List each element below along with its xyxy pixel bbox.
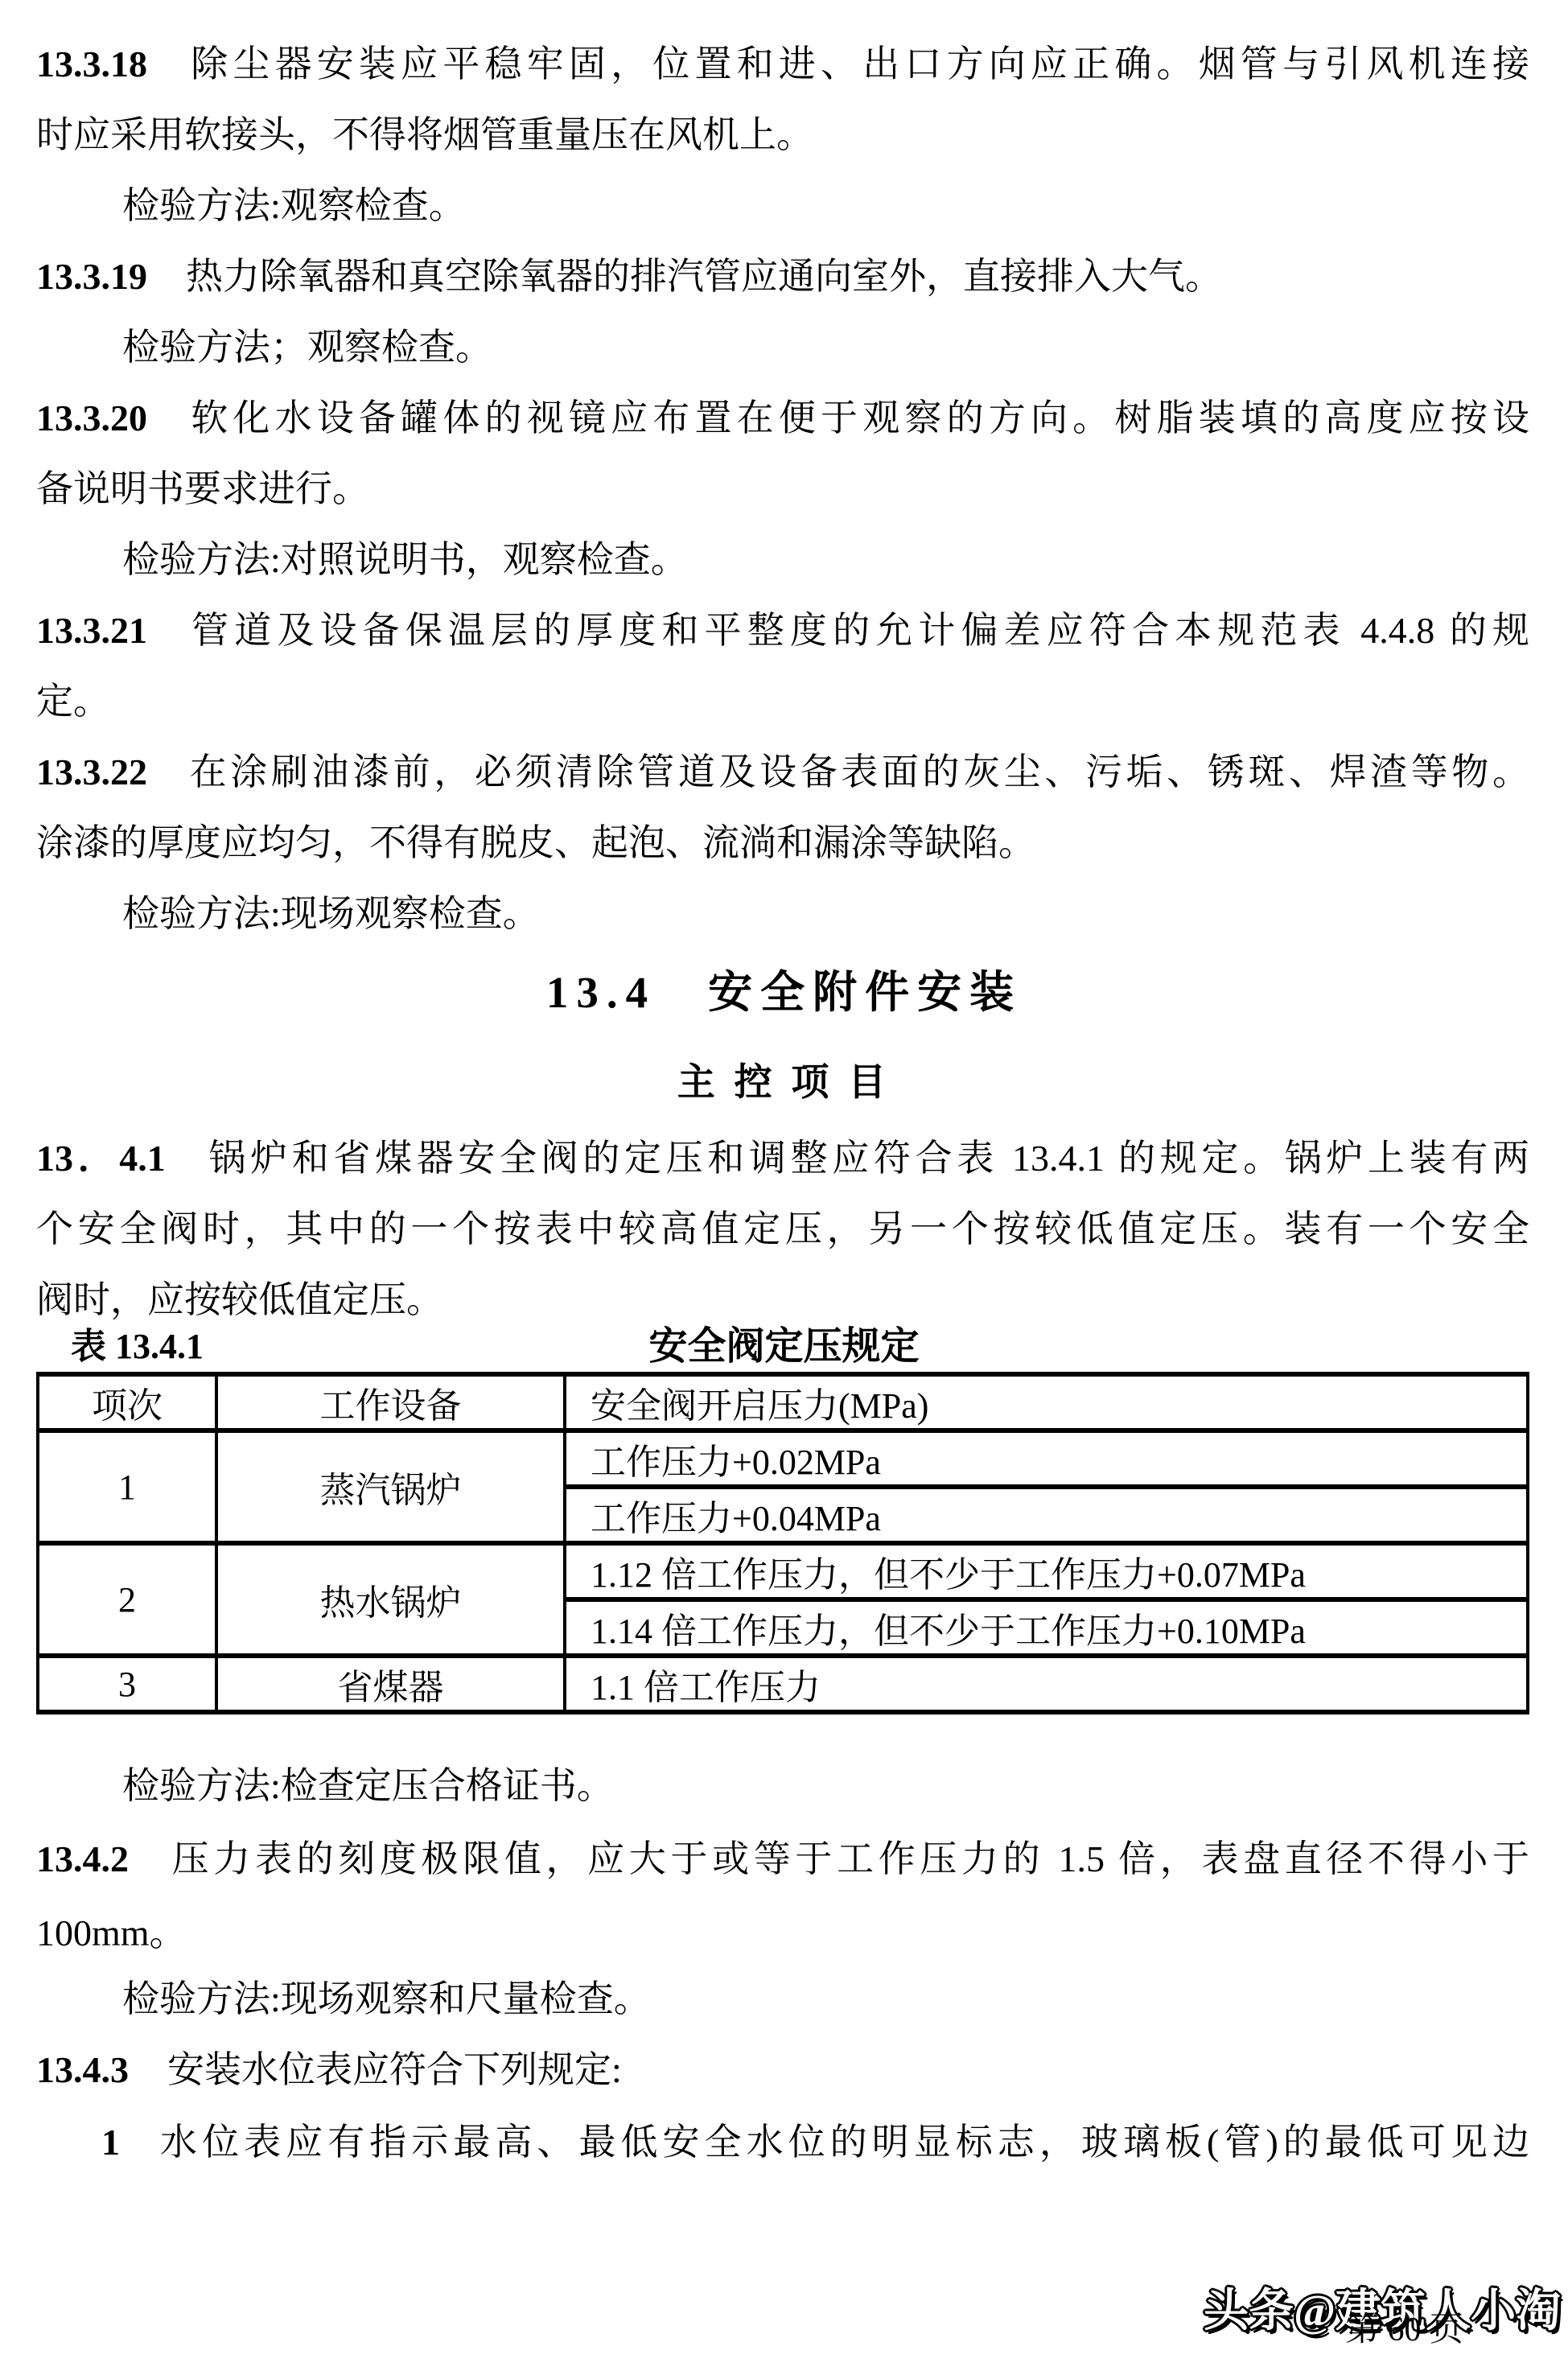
cell-device: 热水锅炉 bbox=[216, 1543, 565, 1656]
cell-item-no: 1 bbox=[38, 1430, 216, 1543]
line-text: 热力除氧器和真空除氧器的排汽管应通向室外，直接排入大气。 bbox=[186, 256, 1222, 297]
subsection-heading: 主 控 项 目 bbox=[0, 1048, 1568, 1118]
line-text: 检验方法:现场观察和尺量检查。 bbox=[122, 1978, 651, 2019]
table-row: 1 蒸汽锅炉 工作压力+0.02MPa bbox=[38, 1430, 1528, 1487]
page-number: 第 60 页 bbox=[1345, 2307, 1463, 2352]
section-number: 13.3.18 bbox=[36, 43, 147, 84]
line-text: 备说明书要求进行。 bbox=[36, 468, 369, 509]
line-text: 软化水设备罐体的视镜应布置在便于观察的方向。树脂装填的高度应按设 bbox=[186, 397, 1529, 438]
cell-pressure: 1.12 倍工作压力，但不少于工作压力+0.07MPa bbox=[565, 1543, 1528, 1599]
line-text: 检验方法:现场观察检查。 bbox=[122, 893, 540, 934]
section-number: 13.4.3 bbox=[36, 2049, 129, 2090]
body-line: 13.3.20软化水设备罐体的视镜应布置在便于观察的方向。树脂装填的高度应按设 bbox=[36, 383, 1529, 454]
body-line: 涂漆的厚度应均匀，不得有脱皮、起泡、流淌和漏涂等缺陷。 bbox=[36, 808, 1529, 879]
line-text: 压力表的刻度极限值，应大于或等于工作压力的 1.5 倍，表盘直径不得小于 bbox=[167, 1838, 1529, 1879]
line-text: 100mm。 bbox=[36, 1912, 187, 1953]
method-line: 检验方法:现场观察检查。 bbox=[122, 879, 1568, 949]
line-text: 水位表应有指示最高、最低安全水位的明显标志，玻璃板(管)的最低可见边 bbox=[155, 2122, 1529, 2163]
line-text: 时应采用软接头，不得将烟管重量压在风机上。 bbox=[36, 114, 813, 155]
cell-pressure: 工作压力+0.02MPa bbox=[565, 1430, 1528, 1487]
line-text: 在涂刷油漆前，必须清除管道及设备表面的灰尘、污垢、锈斑、焊渣等物。 bbox=[186, 751, 1529, 792]
method-line: 检验方法:现场观察和尺量检查。 bbox=[122, 1964, 1568, 2035]
line-text: 涂漆的厚度应均匀，不得有脱皮、起泡、流淌和漏涂等缺陷。 bbox=[36, 822, 1035, 863]
section-number: 13.3.22 bbox=[36, 751, 147, 792]
page-background: 13.3.18除尘器安装应平稳牢固，位置和进、出口方向应正确。烟管与引风机连接 … bbox=[0, 0, 1568, 2371]
body-line: 个安全阀时，其中的一个按表中较高值定压，另一个按较低值定压。装有一个安全 bbox=[36, 1194, 1529, 1265]
section-number: 13.4.2 bbox=[36, 1838, 129, 1879]
section-heading: 13.4 安全附件安装 bbox=[0, 954, 1568, 1031]
table-header-row: 项次 工作设备 安全阀开启压力(MPa) bbox=[38, 1374, 1528, 1430]
cell-pressure: 1.1 倍工作压力 bbox=[565, 1656, 1528, 1712]
table-row: 2 热水锅炉 1.12 倍工作压力，但不少于工作压力+0.07MPa bbox=[38, 1543, 1528, 1599]
line-text: 锅炉和省煤器安全阀的定压和调整应符合表 13.4.1 的规定。锅炉上装有两 bbox=[204, 1138, 1529, 1179]
line-text: 检验方法；观察检查。 bbox=[122, 327, 492, 368]
line-text: 除尘器安装应平稳牢固，位置和进、出口方向应正确。烟管与引风机连接 bbox=[186, 43, 1529, 84]
col-header-item: 项次 bbox=[38, 1374, 216, 1430]
body-line: 定。 bbox=[36, 666, 1529, 737]
list-item-line: 1水位表应有指示最高、最低安全水位的明显标志，玻璃板(管)的最低可见边 bbox=[101, 2107, 1529, 2178]
body-line: 备说明书要求进行。 bbox=[36, 454, 1529, 525]
body-line: 13.3.21管道及设备保温层的厚度和平整度的允计偏差应符合本规范表 4.4.8… bbox=[36, 595, 1529, 666]
body-line: 13.3.22在涂刷油漆前，必须清除管道及设备表面的灰尘、污垢、锈斑、焊渣等物。 bbox=[36, 737, 1529, 808]
document-page: { "doc": { "lines": [ {"num": "13.3.18",… bbox=[0, 0, 1568, 2371]
pressure-table: 项次 工作设备 安全阀开启压力(MPa) 1 蒸汽锅炉 工作压力+0.02MPa… bbox=[36, 1372, 1529, 1714]
col-header-device: 工作设备 bbox=[216, 1374, 565, 1430]
cell-item-no: 3 bbox=[38, 1656, 216, 1712]
method-line: 检验方法:观察检查。 bbox=[122, 171, 1568, 241]
body-line: 13.3.18除尘器安装应平稳牢固，位置和进、出口方向应正确。烟管与引风机连接 bbox=[36, 29, 1529, 100]
method-line: 检验方法:检查定压合格证书。 bbox=[122, 1751, 1568, 1821]
line-text: 检验方法:对照说明书，观察检查。 bbox=[122, 539, 688, 580]
line-text: 阀时，应按较低值定压。 bbox=[36, 1279, 443, 1320]
cell-device: 蒸汽锅炉 bbox=[216, 1430, 565, 1543]
body-line: 13．4.1锅炉和省煤器安全阀的定压和调整应符合表 13.4.1 的规定。锅炉上… bbox=[36, 1123, 1529, 1194]
method-line: 检验方法；观察检查。 bbox=[122, 312, 1568, 383]
table-caption: 表 13.4.1 安全阀定压规定 bbox=[0, 1318, 1568, 1376]
method-line: 检验方法:对照说明书，观察检查。 bbox=[122, 525, 1568, 595]
table-caption-label: 表 13.4.1 bbox=[71, 1318, 204, 1376]
line-text: 检验方法:观察检查。 bbox=[122, 185, 466, 226]
line-text: 定。 bbox=[36, 681, 110, 722]
table-caption-title: 安全阀定压规定 bbox=[648, 1318, 919, 1376]
section-number: 13.3.20 bbox=[36, 397, 147, 438]
line-text: 检验方法:检查定压合格证书。 bbox=[122, 1765, 614, 1806]
cell-pressure: 工作压力+0.04MPa bbox=[565, 1487, 1528, 1543]
section-number: 13.3.21 bbox=[36, 610, 147, 651]
list-item-number: 1 bbox=[101, 2122, 120, 2163]
line-text: 管道及设备保温层的厚度和平整度的允计偏差应符合本规范表 4.4.8 的规 bbox=[186, 610, 1529, 651]
body-line: 时应采用软接头，不得将烟管重量压在风机上。 bbox=[36, 100, 1529, 171]
section-number: 13．4.1 bbox=[36, 1138, 166, 1179]
body-line: 100mm。 bbox=[36, 1898, 1529, 1969]
cell-item-no: 2 bbox=[38, 1543, 216, 1656]
body-line: 13.4.2压力表的刻度极限值，应大于或等于工作压力的 1.5 倍，表盘直径不得… bbox=[36, 1824, 1529, 1895]
body-line: 13.3.19热力除氧器和真空除氧器的排汽管应通向室外，直接排入大气。 bbox=[36, 241, 1529, 312]
cell-device: 省煤器 bbox=[216, 1656, 565, 1712]
col-header-pressure: 安全阀开启压力(MPa) bbox=[565, 1374, 1528, 1430]
section-number: 13.3.19 bbox=[36, 256, 147, 297]
cell-pressure: 1.14 倍工作压力，但不少于工作压力+0.10MPa bbox=[565, 1599, 1528, 1656]
line-text: 个安全阀时，其中的一个按表中较高值定压，另一个按较低值定压。装有一个安全 bbox=[36, 1208, 1529, 1249]
line-text: 安装水位表应符合下列规定: bbox=[167, 2049, 622, 2090]
body-line: 13.4.3安装水位表应符合下列规定: bbox=[36, 2035, 1529, 2105]
table-row: 3 省煤器 1.1 倍工作压力 bbox=[38, 1656, 1528, 1712]
